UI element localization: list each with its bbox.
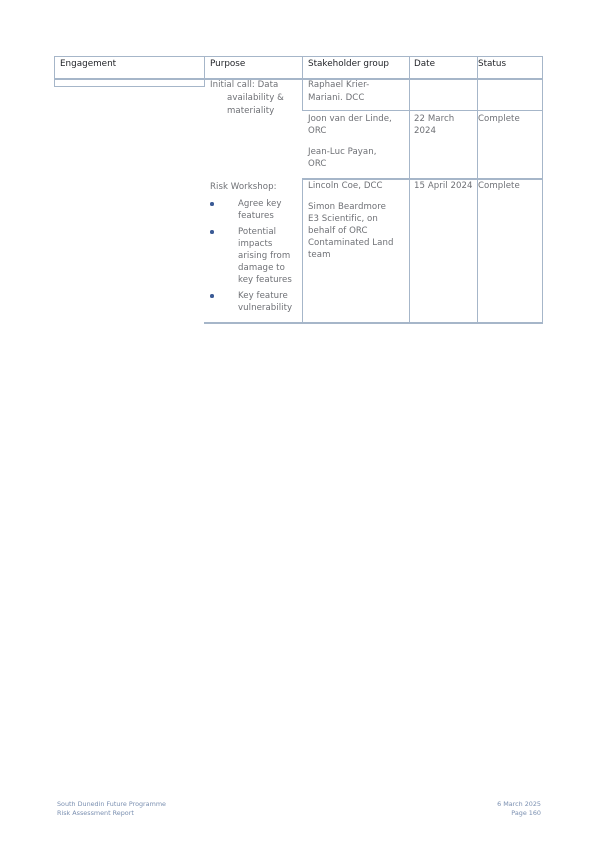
table-border xyxy=(409,79,410,111)
table-border xyxy=(204,56,205,79)
table-border xyxy=(204,322,543,324)
stakeholder-text: Mariani. DCC xyxy=(308,92,364,104)
date-text: 22 March xyxy=(414,113,454,125)
footer-report-name: Risk Assessment Report xyxy=(57,809,134,818)
stakeholder-text: Joon van der Linde, xyxy=(308,113,392,125)
bullet-text: impacts xyxy=(238,238,272,250)
bullet-icon xyxy=(210,230,214,234)
table-border xyxy=(302,79,303,111)
status-text: Complete xyxy=(478,180,520,192)
stakeholder-text: Lincoln Coe, DCC xyxy=(308,180,383,192)
table-border xyxy=(54,86,204,87)
table-border xyxy=(477,179,478,323)
bullet-text: Agree key xyxy=(238,198,281,210)
table-border xyxy=(409,111,410,179)
stakeholder-text: Simon Beardmore xyxy=(308,201,386,213)
page-number: Page 160 xyxy=(511,809,541,818)
stakeholder-text: Jean-Luc Payan, xyxy=(308,146,377,158)
table-border xyxy=(542,79,543,111)
bullet-text: arising from xyxy=(238,250,290,262)
bullet-text: Key feature xyxy=(238,290,288,302)
stakeholder-text: Raphael Krier- xyxy=(308,79,369,91)
table-border xyxy=(54,56,543,57)
stakeholder-text: ORC xyxy=(308,125,326,137)
table-border xyxy=(302,110,543,111)
footer-programme-name: South Dunedin Future Programme xyxy=(57,800,166,809)
bullet-text: Potential xyxy=(238,226,276,238)
bullet-text: key features xyxy=(238,274,292,286)
date-text: 15 April 2024 xyxy=(414,180,473,192)
footer-date: 6 March 2025 xyxy=(497,800,541,809)
table-border xyxy=(54,56,55,79)
purpose-text: availability & xyxy=(227,92,284,104)
table-border xyxy=(54,78,543,80)
table-border xyxy=(542,56,543,79)
purpose-text: materiality xyxy=(227,105,274,117)
bullet-text: damage to xyxy=(238,262,285,274)
table-border xyxy=(542,111,543,179)
header-stakeholder-group: Stakeholder group xyxy=(308,58,389,70)
header-engagement: Engagement xyxy=(60,58,116,70)
status-text: Complete xyxy=(478,113,520,125)
stakeholder-text: ORC xyxy=(308,158,326,170)
table-border xyxy=(477,79,478,111)
bullet-icon xyxy=(210,294,214,298)
table-border xyxy=(302,56,303,79)
header-date: Date xyxy=(414,58,435,70)
bullet-icon xyxy=(210,202,214,206)
purpose-title: Risk Workshop: xyxy=(210,181,277,193)
date-text: 2024 xyxy=(414,125,436,137)
header-purpose: Purpose xyxy=(210,58,245,70)
stakeholder-text: team xyxy=(308,249,331,261)
table-border xyxy=(409,179,410,323)
purpose-text: Initial call: Data xyxy=(210,79,278,91)
stakeholder-text: E3 Scientific, on xyxy=(308,213,378,225)
header-status: Status xyxy=(478,58,506,70)
bullet-text: features xyxy=(238,210,274,222)
stakeholder-text: Contaminated Land xyxy=(308,237,393,249)
table-border xyxy=(542,179,543,323)
table-border xyxy=(409,56,410,79)
table-border xyxy=(204,79,205,87)
bullet-text: vulnerability xyxy=(238,302,292,314)
table-border xyxy=(302,179,303,323)
stakeholder-text: behalf of ORC xyxy=(308,225,368,237)
document-page: Engagement Purpose Stakeholder group Dat… xyxy=(0,0,597,843)
